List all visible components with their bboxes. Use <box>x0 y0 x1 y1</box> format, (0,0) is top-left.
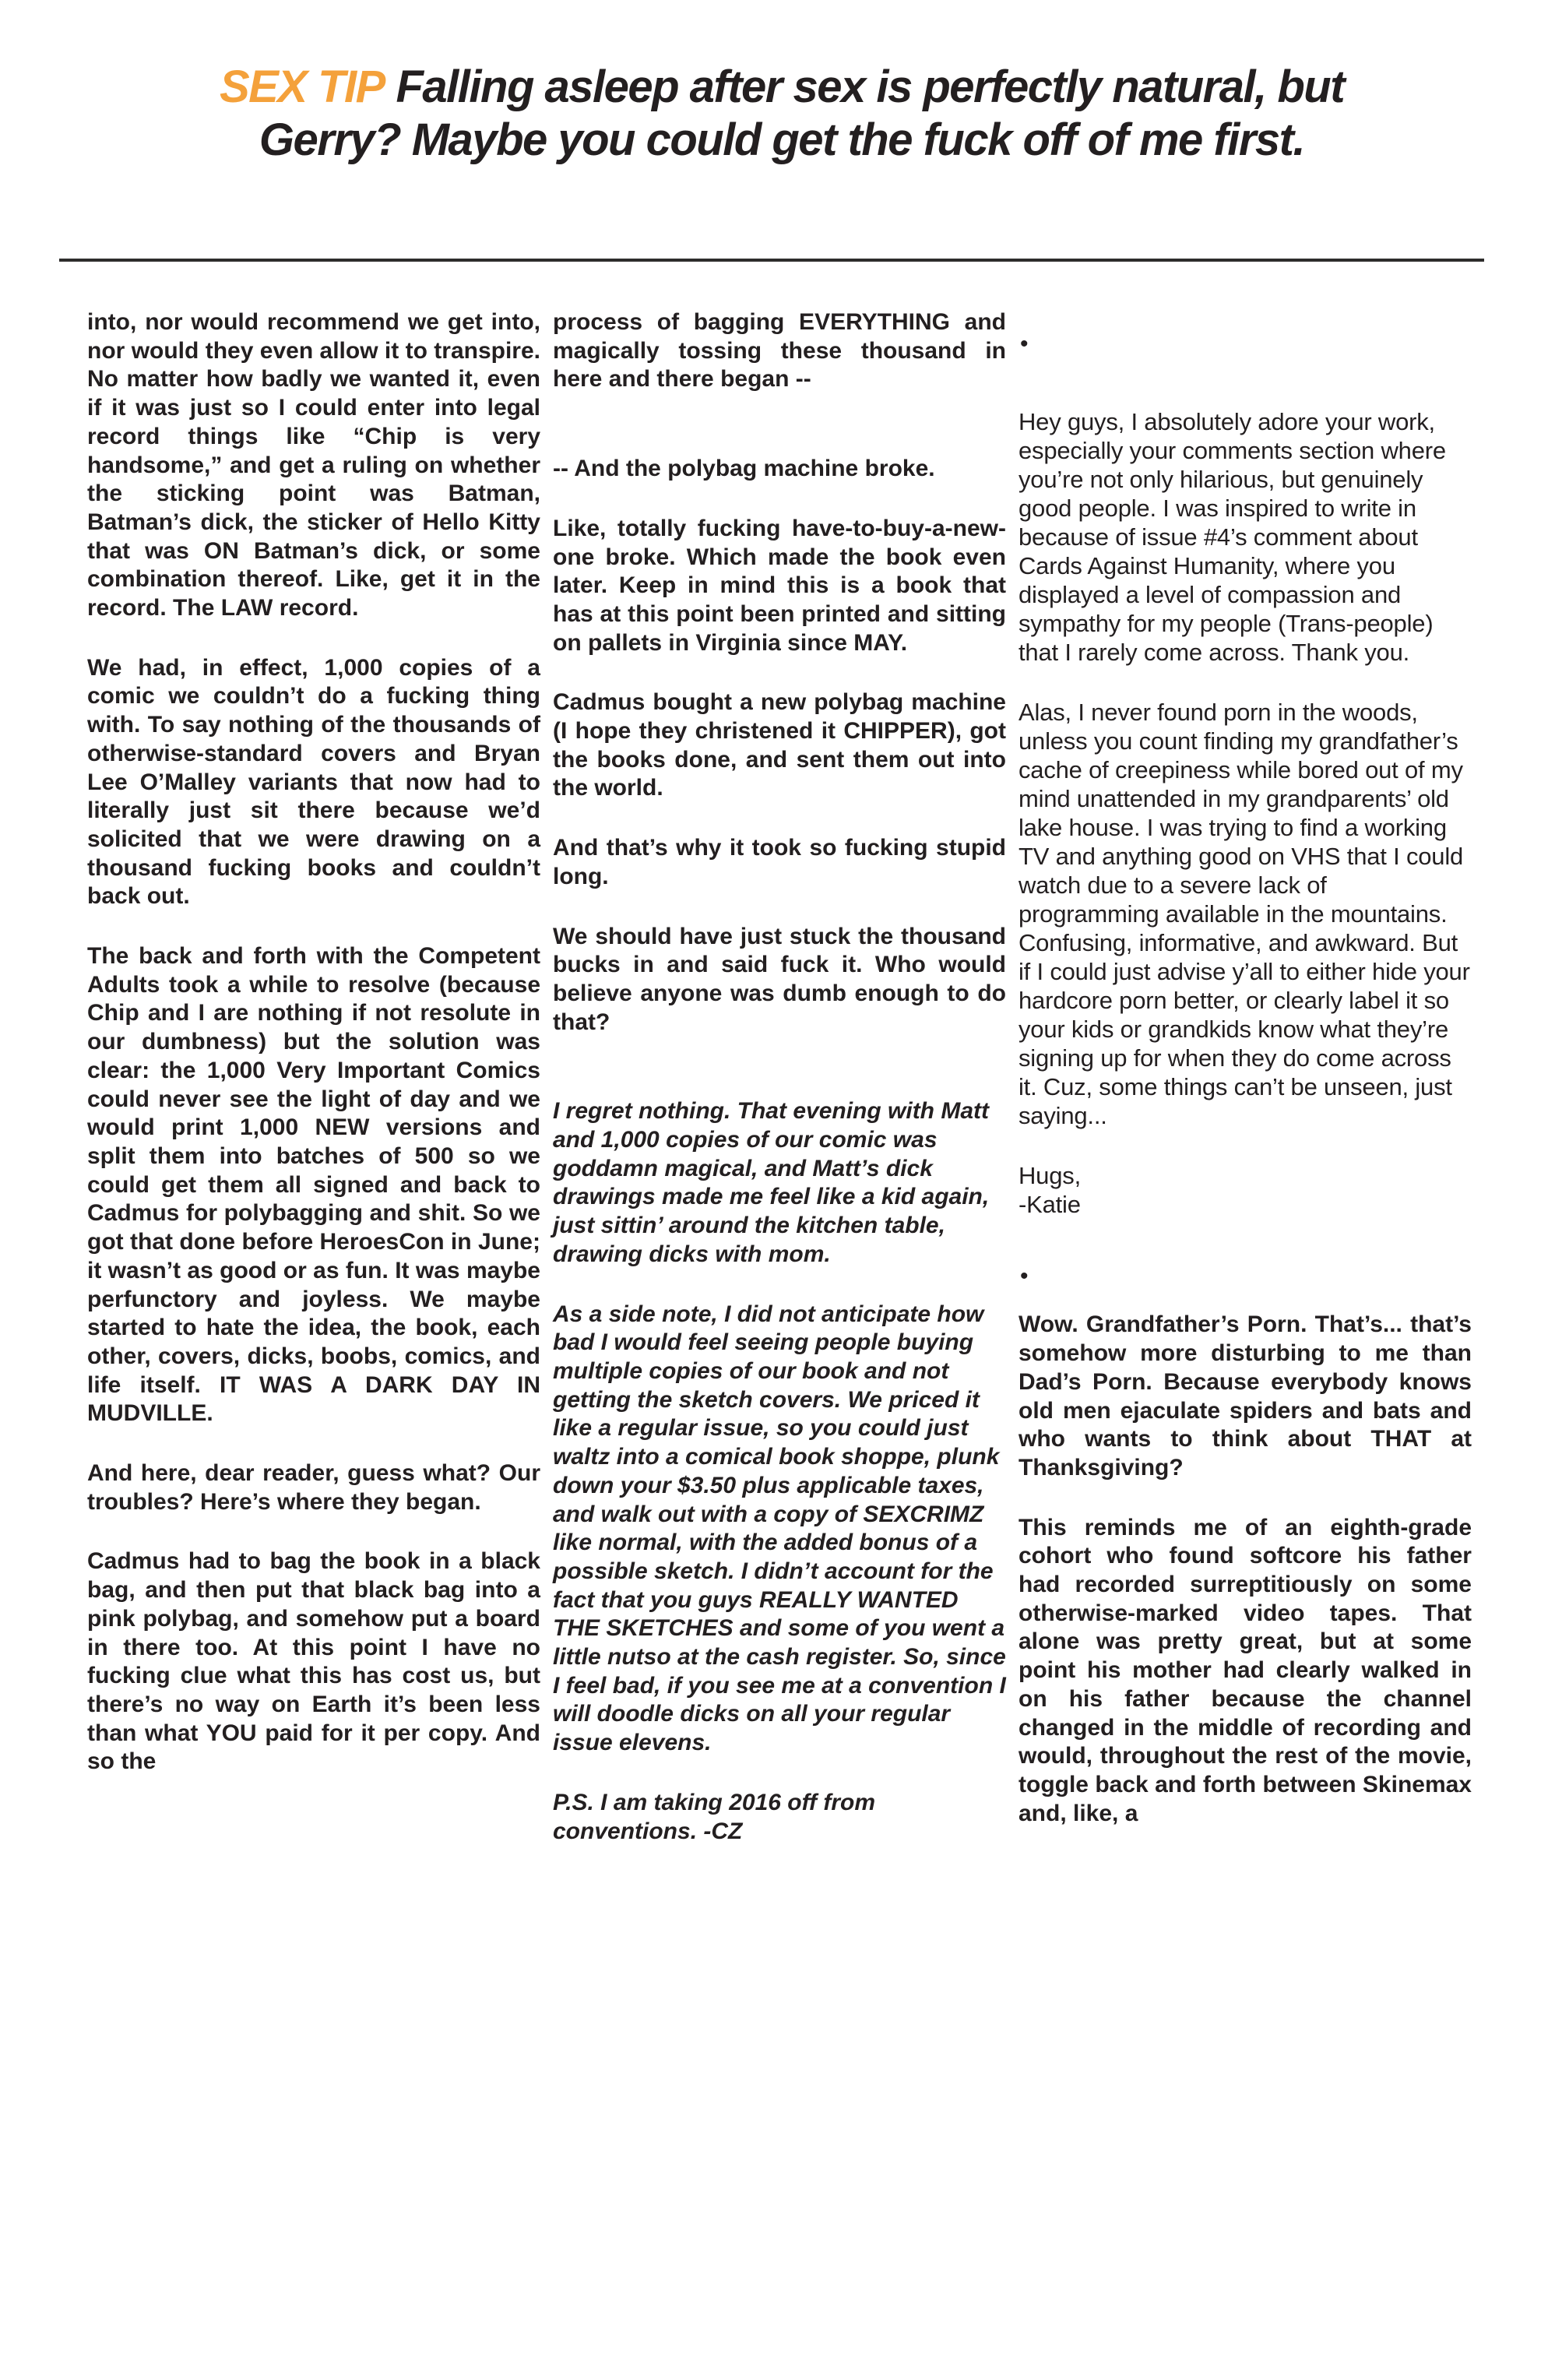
paragraph-italic: I regret nothing. That evening with Matt… <box>553 1097 1006 1269</box>
sex-tip-header: SEX TIP Falling asleep after sex is perf… <box>0 0 1548 167</box>
editor-reply-paragraph: This reminds me of an eighth-grade cohor… <box>1019 1514 1472 1829</box>
letter-signature: -Katie <box>1019 1190 1472 1219</box>
sex-tip-label: SEX TIP <box>220 62 385 112</box>
sex-tip-line1: SEX TIP Falling asleep after sex is perf… <box>78 61 1486 114</box>
letter-separator-bullet: • <box>1020 1262 1472 1291</box>
paragraph: And that’s why it took so fucking stupid… <box>553 834 1006 891</box>
paragraph-italic: P.S. I am taking 2016 off from conventio… <box>553 1789 1006 1846</box>
paragraph: We had, in effect, 1,000 copies of a com… <box>87 654 540 911</box>
paragraph: The back and forth with the Competent Ad… <box>87 942 540 1428</box>
paragraph: process of bagging EVERYTHING and magica… <box>553 308 1006 394</box>
letter-signoff: Hugs, <box>1019 1161 1472 1190</box>
paragraph: Cadmus bought a new polybag machine (I h… <box>553 688 1006 803</box>
reader-letter-paragraph: Hey guys, I absolutely adore your work, … <box>1019 407 1472 667</box>
paragraph: Like, totally fucking have-to-buy-a-new-… <box>553 515 1006 658</box>
reader-letter-paragraph: Alas, I never found porn in the woods, u… <box>1019 698 1472 1130</box>
letters-page: SEX TIP Falling asleep after sex is perf… <box>0 0 1548 2380</box>
paragraph: into, nor would recommend we get into, n… <box>87 308 540 623</box>
paragraph: We should have just stuck the thousand b… <box>553 923 1006 1037</box>
paragraph: -- And the polybag machine broke. <box>553 455 1006 484</box>
letter-separator-bullet: • <box>1020 330 1472 359</box>
paragraph-italic: As a side note, I did not anticipate how… <box>553 1301 1006 1758</box>
column-right: • Hey guys, I absolutely adore your work… <box>1019 308 1472 1877</box>
sex-tip-text: Falling asleep after sex is perfectly na… <box>396 62 1344 112</box>
column-middle: process of bagging EVERYTHING and magica… <box>553 308 1006 1877</box>
sex-tip-line2: Gerry? Maybe you could get the fuck off … <box>78 114 1486 167</box>
divider-rule <box>59 259 1484 262</box>
paragraph: Cadmus had to bag the book in a black ba… <box>87 1547 540 1776</box>
main-columns: into, nor would recommend we get into, n… <box>87 308 1486 1877</box>
editor-reply-paragraph: Wow. Grandfather’s Porn. That’s... that’… <box>1019 1311 1472 1482</box>
paragraph: And here, dear reader, guess what? Our t… <box>87 1459 540 1516</box>
column-left: into, nor would recommend we get into, n… <box>87 308 540 1877</box>
